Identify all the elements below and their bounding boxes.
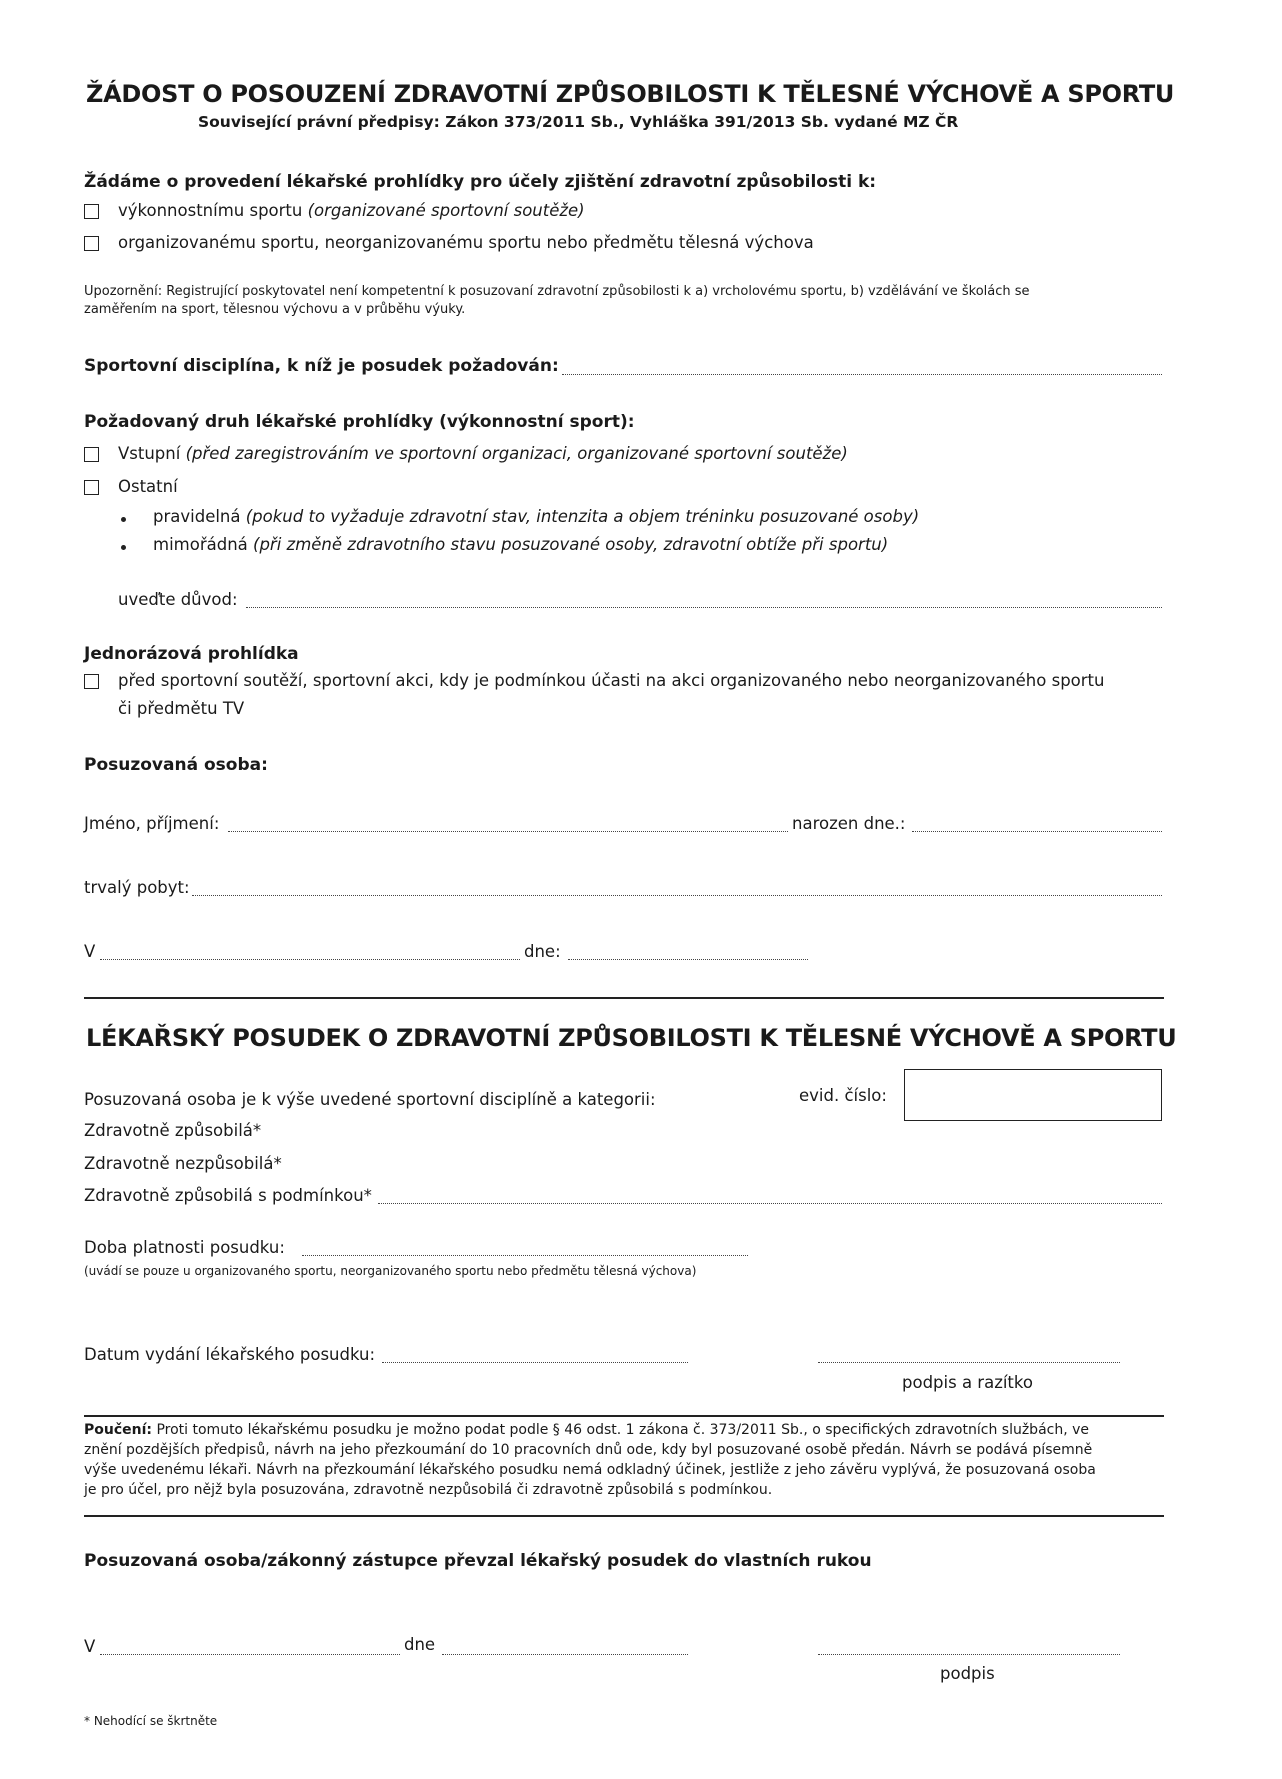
instruction-line-3: výše uvedenému lékaři. Návrh na přezkoum… <box>84 1460 1096 1480</box>
exam-type-heading: Požadovaný druh lékařské prohlídky (výko… <box>84 412 635 432</box>
validity-label: Doba platnosti posudku: <box>84 1238 285 1257</box>
request-heading: Žádáme o provedení lékařské prohlídky pr… <box>84 172 876 192</box>
option-label: Vstupní <box>118 444 186 463</box>
birth-date-label: narozen dne.: <box>792 814 906 833</box>
footnote: * Nehodící se škrtněte <box>84 1714 217 1728</box>
place-label: V <box>84 942 95 961</box>
receipt-date-label: dne <box>404 1635 435 1654</box>
bullet-icon <box>121 545 126 550</box>
name-field[interactable] <box>228 831 788 832</box>
sub-option-label: mimořádná <box>153 535 253 554</box>
address-label: trvalý pobyt: <box>84 878 190 897</box>
option-other-exam: Ostatní <box>118 477 178 496</box>
address-field[interactable] <box>192 895 1162 896</box>
instruction-line-4: je pro účel, pro nějž byla posuzována, z… <box>84 1480 1096 1500</box>
legal-references: Související právní předpisy: Zákon 373/2… <box>198 113 958 131</box>
place-field[interactable] <box>100 959 520 960</box>
instruction-top-rule <box>84 1415 1164 1417</box>
assessment-intro: Posuzovaná osoba je k výše uvedené sport… <box>84 1090 656 1109</box>
section-divider <box>84 997 1164 999</box>
checkbox-other-exam[interactable] <box>84 480 99 495</box>
date-label: dne: <box>524 942 561 961</box>
option-note: (organizované sportovní soutěže) <box>308 201 585 220</box>
bullet-icon <box>121 517 126 522</box>
issue-date-label: Datum vydání lékařského posudku: <box>84 1345 375 1364</box>
instruction-text: Poučení: Proti tomuto lékařskému posudku… <box>84 1420 1096 1500</box>
instruction-line-1: Poučení: Proti tomuto lékařskému posudku… <box>84 1420 1096 1440</box>
result-fit-with-condition[interactable]: Zdravotně způsobilá s podmínkou* <box>84 1186 372 1205</box>
option-performance-sport: výkonnostnímu sportu (organizované sport… <box>118 201 585 220</box>
instruction-line-2: znění pozdějších předpisů, návrh na jeho… <box>84 1440 1096 1460</box>
evid-number-field[interactable] <box>904 1069 1162 1121</box>
sub-option-label: pravidelná <box>153 507 246 526</box>
receipt-signature-label: podpis <box>940 1664 995 1683</box>
instruction-line-text: Proti tomuto lékařskému posudku je možno… <box>152 1422 1089 1438</box>
one-time-heading: Jednorázová prohlídka <box>84 644 299 664</box>
option-organized-sport: organizovanému sportu, neorganizovanému … <box>118 233 814 252</box>
date-field[interactable] <box>568 959 808 960</box>
result-unfit[interactable]: Zdravotně nezpůsobilá* <box>84 1154 282 1173</box>
receipt-place-field[interactable] <box>100 1654 400 1655</box>
discipline-label: Sportovní disciplína, k níž je posudek p… <box>84 356 559 376</box>
option-note: (před zaregistrováním ve sportovní organ… <box>186 444 848 463</box>
doctor-signature-label: podpis a razítko <box>902 1373 1033 1392</box>
issue-date-field[interactable] <box>382 1362 688 1363</box>
sub-option-note: (pokud to vyžaduje zdravotní stav, inten… <box>246 507 919 526</box>
checkbox-one-time-exam[interactable] <box>84 674 99 689</box>
sub-option-note: (při změně zdravotního stavu posuzované … <box>253 535 888 554</box>
birth-date-field[interactable] <box>912 831 1162 832</box>
doctor-signature-field[interactable] <box>818 1362 1120 1363</box>
warning-line-2: zaměřením na sport, tělesnou výchovu a v… <box>84 302 465 317</box>
instruction-label: Poučení: <box>84 1422 152 1438</box>
evid-number-label: evid. číslo: <box>799 1086 887 1105</box>
receipt-signature-field[interactable] <box>818 1654 1120 1655</box>
receipt-date-field[interactable] <box>442 1654 688 1655</box>
reason-label: uveďte důvod: <box>118 590 238 609</box>
form-title: ŽÁDOST O POSOUZENÍ ZDRAVOTNÍ ZPŮSOBILOST… <box>86 80 1174 108</box>
validity-field[interactable] <box>302 1255 748 1256</box>
receipt-place-label: V <box>84 1637 95 1656</box>
checkbox-entry-exam[interactable] <box>84 447 99 462</box>
one-time-option-line-1: před sportovní soutěží, sportovní akci, … <box>118 671 1104 690</box>
checkbox-performance-sport[interactable] <box>84 204 99 219</box>
validity-note: (uvádí se pouze u organizovaného sportu,… <box>84 1264 696 1278</box>
discipline-field[interactable] <box>562 374 1162 375</box>
warning-line-1: Upozornění: Registrující poskytovatel ne… <box>84 284 1030 299</box>
person-heading: Posuzovaná osoba: <box>84 755 268 775</box>
checkbox-organized-sport[interactable] <box>84 236 99 251</box>
name-label: Jméno, příjmení: <box>84 814 219 833</box>
sub-option-regular: pravidelná (pokud to vyžaduje zdravotní … <box>153 507 919 526</box>
assessment-title: LÉKAŘSKÝ POSUDEK O ZDRAVOTNÍ ZPŮSOBILOST… <box>86 1024 1176 1052</box>
one-time-option-line-2: či předmětu TV <box>118 699 244 718</box>
option-label: výkonnostnímu sportu <box>118 201 308 220</box>
result-fit[interactable]: Zdravotně způsobilá* <box>84 1121 261 1140</box>
receipt-heading: Posuzovaná osoba/zákonný zástupce převza… <box>84 1551 872 1571</box>
option-entry-exam: Vstupní (před zaregistrováním ve sportov… <box>118 444 848 463</box>
sub-option-extraordinary: mimořádná (při změně zdravotního stavu p… <box>153 535 888 554</box>
reason-field[interactable] <box>246 607 1162 608</box>
instruction-bottom-rule <box>84 1515 1164 1517</box>
condition-field[interactable] <box>378 1203 1162 1204</box>
